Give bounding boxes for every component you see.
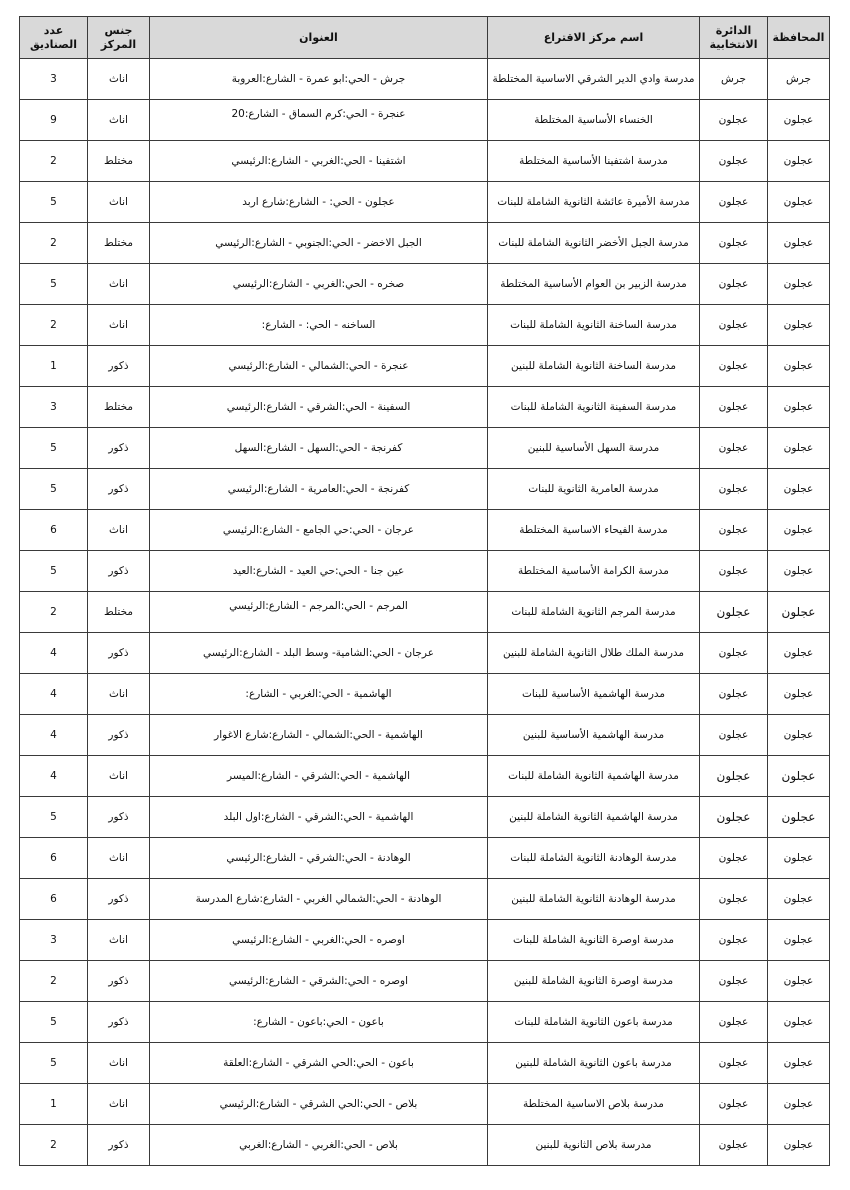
box-count-cell-text: 9 xyxy=(50,114,57,126)
center-name-cell: مدرسة الجبل الأخضر الثانوية الشاملة للبن… xyxy=(488,223,700,264)
district-cell-text: عجلون xyxy=(719,565,749,577)
district-cell: عجلون xyxy=(700,182,768,223)
governorate-cell-text: عجلون xyxy=(784,975,814,987)
district-cell: عجلون xyxy=(700,100,768,141)
governorate-cell-text: عجلون xyxy=(784,647,814,659)
table-row: عجلونعجلونمدرسة الساخنة الثانوية الشاملة… xyxy=(20,305,830,346)
address-cell: عين جنا - الحي:حي العيد - الشارع:العيد xyxy=(150,551,488,592)
box-count-cell: 4 xyxy=(20,633,88,674)
center-name-cell: مدرسة اوصرة الثانوية الشاملة للبنات xyxy=(488,920,700,961)
table-row: عجلونعجلونمدرسة باعون الثانوية الشاملة ل… xyxy=(20,1043,830,1084)
governorate-cell: عجلون xyxy=(768,264,830,305)
district-cell: عجلون xyxy=(700,305,768,346)
box-count-cell: 2 xyxy=(20,592,88,633)
center-gender-cell: اناث xyxy=(88,100,150,141)
center-name-cell-text: مدرسة الكرامة الأساسية المختلطة xyxy=(518,565,669,577)
district-cell: عجلون xyxy=(700,469,768,510)
address-cell: السفينة - الحي:الشرقي - الشارع:الرئيسي xyxy=(150,387,488,428)
address-cell-text: عنجرة - الحي:كرم السماق - الشارع:20 xyxy=(154,108,483,120)
table-row: عجلونعجلونمدرسة اشتفينا الأساسية المختلط… xyxy=(20,141,830,182)
address-cell: الهاشمية - الحي:الغربي - الشارع: xyxy=(150,674,488,715)
governorate-cell-text: عجلون xyxy=(784,1139,814,1151)
center-name-cell: مدرسة الأميرة عائشة الثانوية الشاملة للب… xyxy=(488,182,700,223)
governorate-cell: عجلون xyxy=(768,961,830,1002)
governorate-cell-text: عجلون xyxy=(784,278,814,290)
center-gender-cell: ذكور xyxy=(88,551,150,592)
center-gender-cell: اناث xyxy=(88,674,150,715)
box-count-cell-text: 5 xyxy=(50,442,57,454)
governorate-cell-text: عجلون xyxy=(784,1057,814,1069)
center-name-cell-text: مدرسة اشتفينا الأساسية المختلطة xyxy=(519,155,668,167)
box-count-cell-text: 2 xyxy=(50,606,57,618)
center-name-cell: مدرسة الوهادنة الثانوية الشاملة للبنين xyxy=(488,879,700,920)
box-count-cell: 2 xyxy=(20,1125,88,1166)
box-count-cell: 3 xyxy=(20,920,88,961)
address-cell: الهاشمية - الحي:الشمالي - الشارع:شارع ال… xyxy=(150,715,488,756)
governorate-cell: عجلون xyxy=(768,715,830,756)
center-name-cell-text: مدرسة الوهادنة الثانوية الشاملة للبنات xyxy=(510,852,676,864)
center-name-cell: مدرسة الهاشمية الثانوية الشاملة للبنات xyxy=(488,756,700,797)
box-count-cell-text: 5 xyxy=(50,565,57,577)
address-cell: كفرنجة - الحي:العامرية - الشارع:الرئيسي xyxy=(150,469,488,510)
table-row: عجلونعجلونمدرسة الملك طلال الثانوية الشا… xyxy=(20,633,830,674)
address-cell: كفرنجة - الحي:السهل - الشارع:السهل xyxy=(150,428,488,469)
address-cell: اوصره - الحي:الغربي - الشارع:الرئيسي xyxy=(150,920,488,961)
governorate-cell: عجلون xyxy=(768,346,830,387)
center-gender-cell: ذكور xyxy=(88,1002,150,1043)
center-gender-cell: اناث xyxy=(88,1084,150,1125)
address-cell-text: الهاشمية - الحي:الشرقي - الشارع:اول البل… xyxy=(224,811,414,823)
center-name-cell-text: مدرسة بلاص الاساسية المختلطة xyxy=(523,1098,664,1110)
center-name-cell-text: مدرسة الساخنة الثانوية الشاملة للبنات xyxy=(510,319,677,331)
box-count-cell-text: 5 xyxy=(50,1057,57,1069)
governorate-cell-text: عجلون xyxy=(784,852,814,864)
district-cell-text: عجلون xyxy=(719,934,749,946)
center-name-cell: مدرسة السفينة الثانوية الشاملة للبنات xyxy=(488,387,700,428)
center-gender-cell-text: اناث xyxy=(109,278,128,290)
district-cell-text: عجلون xyxy=(719,1098,749,1110)
district-cell-text: عجلون xyxy=(717,605,751,619)
address-cell-text: الهاشمية - الحي:الشمالي - الشارع:شارع ال… xyxy=(214,729,423,741)
governorate-cell-text: جرش xyxy=(786,73,811,85)
address-cell: عنجرة - الحي:كرم السماق - الشارع:20 xyxy=(150,100,488,141)
center-name-cell: مدرسة العامرية الثانوية للبنات xyxy=(488,469,700,510)
box-count-cell-text: 1 xyxy=(50,1098,57,1110)
center-gender-cell: اناث xyxy=(88,182,150,223)
district-cell: عجلون xyxy=(700,674,768,715)
center-name-cell-text: مدرسة العامرية الثانوية للبنات xyxy=(528,483,658,495)
center-name-cell-text: مدرسة الزبير بن العوام الأساسية المختلطة xyxy=(500,278,686,290)
table-row: عجلونعجلونمدرسة الهاشمية الثانوية الشامل… xyxy=(20,756,830,797)
table-row: عجلونعجلونمدرسة الهاشمية الأساسية للبنات… xyxy=(20,674,830,715)
address-cell: بلاص - الحي:الحي الشرقي - الشارع:الرئيسي xyxy=(150,1084,488,1125)
center-name-cell: مدرسة الهاشمية الأساسية للبنات xyxy=(488,674,700,715)
center-name-cell-text: مدرسة الهاشمية الثانوية الشاملة للبنين xyxy=(509,811,678,823)
governorate-cell-text: عجلون xyxy=(784,442,814,454)
governorate-cell: عجلون xyxy=(768,551,830,592)
table-row: عجلونعجلونمدرسة الوهادنة الثانوية الشامل… xyxy=(20,838,830,879)
center-name-cell-text: مدرسة باعون الثانوية الشاملة للبنين xyxy=(515,1057,671,1069)
box-count-cell: 5 xyxy=(20,551,88,592)
district-cell-text: عجلون xyxy=(719,1057,749,1069)
address-cell: عنجرة - الحي:الشمالي - الشارع:الرئيسي xyxy=(150,346,488,387)
table-row: عجلونعجلونمدرسة الهاشمية الأساسية للبنين… xyxy=(20,715,830,756)
address-cell: الهاشمية - الحي:الشرقي - الشارع:اول البل… xyxy=(150,797,488,838)
district-cell: عجلون xyxy=(700,223,768,264)
governorate-cell-text: عجلون xyxy=(784,237,814,249)
center-name-cell: مدرسة الفيحاء الاساسية المختلطة xyxy=(488,510,700,551)
address-cell-text: اوصره - الحي:الشرقي - الشارع:الرئيسي xyxy=(229,975,408,987)
center-gender-cell: اناث xyxy=(88,510,150,551)
center-gender-cell: اناث xyxy=(88,838,150,879)
polling-centers-table: المحافظة الدائرة الانتخابية اسم مركز الا… xyxy=(19,16,830,1166)
center-gender-cell: ذكور xyxy=(88,879,150,920)
center-name-cell-text: مدرسة الساخنة الثانوية الشاملة للبنين xyxy=(511,360,676,372)
document-page: المحافظة الدائرة الانتخابية اسم مركز الا… xyxy=(20,16,830,1166)
governorate-cell: عجلون xyxy=(768,141,830,182)
box-count-cell-text: 4 xyxy=(50,770,57,782)
address-cell: جرش - الحي:ابو عمرة - الشارع:العروبة xyxy=(150,59,488,100)
box-count-cell: 2 xyxy=(20,223,88,264)
governorate-cell: عجلون xyxy=(768,592,830,633)
governorate-cell-text: عجلون xyxy=(784,483,814,495)
center-gender-cell: مختلط xyxy=(88,141,150,182)
district-cell-text: عجلون xyxy=(719,442,749,454)
center-gender-cell-text: ذكور xyxy=(108,729,128,741)
district-cell-text: عجلون xyxy=(719,319,749,331)
box-count-cell-text: 3 xyxy=(50,934,57,946)
address-cell-text: الهاشمية - الحي:الشرقي - الشارع:الميسر xyxy=(227,770,410,782)
governorate-cell: عجلون xyxy=(768,428,830,469)
district-cell-text: عجلون xyxy=(717,769,751,783)
table-row: عجلونعجلونمدرسة الساخنة الثانوية الشاملة… xyxy=(20,346,830,387)
box-count-cell: 4 xyxy=(20,674,88,715)
governorate-cell-text: عجلون xyxy=(784,360,814,372)
address-cell: صخره - الحي:الغربي - الشارع:الرئيسي xyxy=(150,264,488,305)
center-gender-cell: اناث xyxy=(88,59,150,100)
center-gender-cell-text: اناث xyxy=(109,1057,128,1069)
governorate-cell-text: عجلون xyxy=(782,769,816,783)
center-name-cell-text: مدرسة الملك طلال الثانوية الشاملة للبنين xyxy=(503,647,684,659)
center-name-cell-text: مدرسة اوصرة الثانوية الشاملة للبنين xyxy=(514,975,673,987)
table-row: عجلونعجلونالخنساء الأساسية المختلطةعنجرة… xyxy=(20,100,830,141)
box-count-cell-text: 2 xyxy=(50,155,57,167)
district-cell: عجلون xyxy=(700,961,768,1002)
district-cell-text: عجلون xyxy=(719,237,749,249)
center-name-cell-text: مدرسة الفيحاء الاساسية المختلطة xyxy=(519,524,668,536)
table-row: عجلونعجلونمدرسة بلاص الثانوية للبنينبلاص… xyxy=(20,1125,830,1166)
district-cell-text: عجلون xyxy=(719,196,749,208)
governorate-cell: عجلون xyxy=(768,182,830,223)
address-cell-text: اوصره - الحي:الغربي - الشارع:الرئيسي xyxy=(232,934,405,946)
center-name-cell: مدرسة المرجم الثانوية الشاملة للبنات xyxy=(488,592,700,633)
box-count-cell-text: 3 xyxy=(50,401,57,413)
center-name-cell-text: مدرسة بلاص الثانوية للبنين xyxy=(535,1139,651,1151)
center-name-cell: مدرسة السهل الأساسية للبنين xyxy=(488,428,700,469)
district-cell-text: عجلون xyxy=(719,360,749,372)
address-cell: الجبل الاخضر - الحي:الجنوبي - الشارع:الر… xyxy=(150,223,488,264)
center-gender-cell-text: اناث xyxy=(109,524,128,536)
center-gender-cell: ذكور xyxy=(88,428,150,469)
center-name-cell: مدرسة الهاشمية الثانوية الشاملة للبنين xyxy=(488,797,700,838)
center-gender-cell-text: اناث xyxy=(109,770,128,782)
center-name-cell: مدرسة باعون الثانوية الشاملة للبنين xyxy=(488,1043,700,1084)
governorate-cell-text: عجلون xyxy=(782,605,816,619)
center-gender-cell-text: ذكور xyxy=(108,893,128,905)
district-cell: عجلون xyxy=(700,633,768,674)
center-name-cell-text: مدرسة باعون الثانوية الشاملة للبنات xyxy=(514,1016,672,1028)
governorate-cell-text: عجلون xyxy=(784,524,814,536)
center-gender-cell-text: اناث xyxy=(109,1098,128,1110)
address-cell-text: جرش - الحي:ابو عمرة - الشارع:العروبة xyxy=(232,73,406,85)
center-gender-cell: اناث xyxy=(88,264,150,305)
governorate-cell-text: عجلون xyxy=(784,401,814,413)
box-count-cell-text: 5 xyxy=(50,811,57,823)
district-cell: عجلون xyxy=(700,1002,768,1043)
table-body: جرشجرشمدرسة وادي الدير الشرقي الاساسية ا… xyxy=(20,59,830,1166)
center-gender-cell: ذكور xyxy=(88,346,150,387)
box-count-cell-text: 2 xyxy=(50,319,57,331)
center-gender-cell-text: اناث xyxy=(109,852,128,864)
governorate-cell: عجلون xyxy=(768,469,830,510)
center-name-cell-text: مدرسة الوهادنة الثانوية الشاملة للبنين xyxy=(511,893,675,905)
governorate-cell-text: عجلون xyxy=(784,1098,814,1110)
center-name-cell-text: مدرسة اوصرة الثانوية الشاملة للبنات xyxy=(513,934,674,946)
table-row: عجلونعجلونمدرسة الزبير بن العوام الأساسي… xyxy=(20,264,830,305)
center-gender-cell: ذكور xyxy=(88,961,150,1002)
address-cell-text: كفرنجة - الحي:العامرية - الشارع:الرئيسي xyxy=(228,483,410,495)
center-gender-cell-text: ذكور xyxy=(108,483,128,495)
address-cell: باعون - الحي:باعون - الشارع: xyxy=(150,1002,488,1043)
district-cell-text: عجلون xyxy=(719,1016,749,1028)
address-cell-text: بلاص - الحي:الغربي - الشارع:الغربي xyxy=(239,1139,398,1151)
center-name-cell: مدرسة الساخنة الثانوية الشاملة للبنين xyxy=(488,346,700,387)
table-row: عجلونعجلونمدرسة الجبل الأخضر الثانوية ال… xyxy=(20,223,830,264)
governorate-cell: عجلون xyxy=(768,305,830,346)
governorate-cell: عجلون xyxy=(768,756,830,797)
governorate-cell-text: عجلون xyxy=(784,319,814,331)
address-cell: عرجان - الحي:حي الجامع - الشارع:الرئيسي xyxy=(150,510,488,551)
center-name-cell-text: مدرسة الجبل الأخضر الثانوية الشاملة للبن… xyxy=(498,237,689,249)
center-gender-cell: ذكور xyxy=(88,715,150,756)
district-cell: عجلون xyxy=(700,756,768,797)
table-row: عجلونعجلونمدرسة اوصرة الثانوية الشاملة ل… xyxy=(20,961,830,1002)
table-row: جرشجرشمدرسة وادي الدير الشرقي الاساسية ا… xyxy=(20,59,830,100)
address-cell: الساخنه - الحي: - الشارع: xyxy=(150,305,488,346)
governorate-cell: عجلون xyxy=(768,838,830,879)
box-count-cell-text: 2 xyxy=(50,975,57,987)
governorate-cell-text: عجلون xyxy=(782,810,816,824)
address-cell: باعون - الحي:الحي الشرقي - الشارع:العلقة xyxy=(150,1043,488,1084)
center-gender-cell-text: ذكور xyxy=(108,565,128,577)
address-cell-text: الوهادنة - الحي:الشمالي الغربي - الشارع:… xyxy=(196,893,442,905)
box-count-cell-text: 2 xyxy=(50,237,57,249)
box-count-cell: 4 xyxy=(20,715,88,756)
box-count-cell-text: 4 xyxy=(50,647,57,659)
center-name-cell: مدرسة بلاص الاساسية المختلطة xyxy=(488,1084,700,1125)
district-cell-text: جرش xyxy=(721,73,746,85)
table-header-row: المحافظة الدائرة الانتخابية اسم مركز الا… xyxy=(20,17,830,59)
center-gender-cell-text: ذكور xyxy=(108,442,128,454)
governorate-cell-text: عجلون xyxy=(784,565,814,577)
box-count-cell: 1 xyxy=(20,346,88,387)
address-cell: المرجم - الحي:المرجم - الشارع:الرئيسي xyxy=(150,592,488,633)
governorate-cell: عجلون xyxy=(768,633,830,674)
center-gender-cell-text: اناث xyxy=(109,196,128,208)
address-cell: الوهادنة - الحي:الشرقي - الشارع:الرئيسي xyxy=(150,838,488,879)
address-cell-text: الساخنه - الحي: - الشارع: xyxy=(262,319,376,331)
address-cell-text: السفينة - الحي:الشرقي - الشارع:الرئيسي xyxy=(227,401,411,413)
center-name-cell: مدرسة وادي الدير الشرقي الاساسية المختلط… xyxy=(488,59,700,100)
governorate-cell-text: عجلون xyxy=(784,729,814,741)
center-gender-cell: ذكور xyxy=(88,1125,150,1166)
district-cell: عجلون xyxy=(700,1125,768,1166)
center-gender-cell-text: مختلط xyxy=(104,155,133,167)
center-gender-cell: مختلط xyxy=(88,223,150,264)
box-count-cell: 5 xyxy=(20,469,88,510)
center-name-cell-text: مدرسة وادي الدير الشرقي الاساسية المختلط… xyxy=(493,73,695,85)
table-row: عجلونعجلونمدرسة العامرية الثانوية للبنات… xyxy=(20,469,830,510)
table-row: عجلونعجلونمدرسة المرجم الثانوية الشاملة … xyxy=(20,592,830,633)
address-cell-text: عرجان - الحي:حي الجامع - الشارع:الرئيسي xyxy=(223,524,414,536)
center-gender-cell: اناث xyxy=(88,305,150,346)
box-count-cell: 5 xyxy=(20,428,88,469)
district-cell-text: عجلون xyxy=(719,483,749,495)
center-gender-cell-text: ذكور xyxy=(108,811,128,823)
address-cell: عرجان - الحي:الشامية- وسط البلد - الشارع… xyxy=(150,633,488,674)
box-count-cell-text: 5 xyxy=(50,196,57,208)
district-cell: عجلون xyxy=(700,592,768,633)
governorate-cell-text: عجلون xyxy=(784,196,814,208)
district-cell-text: عجلون xyxy=(719,155,749,167)
district-cell: عجلون xyxy=(700,551,768,592)
center-name-cell-text: مدرسة الهاشمية الثانوية الشاملة للبنات xyxy=(508,770,679,782)
district-cell: عجلون xyxy=(700,1043,768,1084)
center-gender-cell-text: ذكور xyxy=(108,647,128,659)
governorate-cell: عجلون xyxy=(768,674,830,715)
header-district: الدائرة الانتخابية xyxy=(700,17,768,59)
table-row: عجلونعجلونمدرسة الفيحاء الاساسية المختلط… xyxy=(20,510,830,551)
center-name-cell: مدرسة الساخنة الثانوية الشاملة للبنات xyxy=(488,305,700,346)
address-cell-text: المرجم - الحي:المرجم - الشارع:الرئيسي xyxy=(154,600,483,612)
header-center-gender: جنس المركز xyxy=(88,17,150,59)
governorate-cell: عجلون xyxy=(768,1084,830,1125)
district-cell-text: عجلون xyxy=(719,975,749,987)
address-cell-text: عجلون - الحي: - الشارع:شارع اربد xyxy=(242,196,394,208)
center-gender-cell: مختلط xyxy=(88,592,150,633)
center-gender-cell: اناث xyxy=(88,1043,150,1084)
box-count-cell-text: 6 xyxy=(50,852,57,864)
box-count-cell: 6 xyxy=(20,510,88,551)
district-cell: جرش xyxy=(700,59,768,100)
district-cell-text: عجلون xyxy=(719,647,749,659)
center-gender-cell-text: اناث xyxy=(109,319,128,331)
address-cell-text: باعون - الحي:باعون - الشارع: xyxy=(253,1016,384,1028)
address-cell: الوهادنة - الحي:الشمالي الغربي - الشارع:… xyxy=(150,879,488,920)
district-cell: عجلون xyxy=(700,879,768,920)
center-gender-cell-text: اناث xyxy=(109,114,128,126)
address-cell-text: عين جنا - الحي:حي العيد - الشارع:العيد xyxy=(233,565,405,577)
box-count-cell-text: 5 xyxy=(50,483,57,495)
address-cell-text: عنجرة - الحي:الشمالي - الشارع:الرئيسي xyxy=(229,360,409,372)
box-count-cell: 3 xyxy=(20,59,88,100)
district-cell: عجلون xyxy=(700,797,768,838)
governorate-cell-text: عجلون xyxy=(784,893,814,905)
district-cell-text: عجلون xyxy=(719,401,749,413)
address-cell-text: كفرنجة - الحي:السهل - الشارع:السهل xyxy=(235,442,403,454)
governorate-cell-text: عجلون xyxy=(784,155,814,167)
center-name-cell-text: مدرسة السفينة الثانوية الشاملة للبنات xyxy=(511,401,677,413)
center-gender-cell-text: مختلط xyxy=(104,237,133,249)
center-gender-cell-text: ذكور xyxy=(108,1016,128,1028)
address-cell: الهاشمية - الحي:الشرقي - الشارع:الميسر xyxy=(150,756,488,797)
center-gender-cell-text: اناث xyxy=(109,688,128,700)
governorate-cell: عجلون xyxy=(768,1125,830,1166)
governorate-cell: عجلون xyxy=(768,223,830,264)
center-gender-cell: اناث xyxy=(88,920,150,961)
box-count-cell: 9 xyxy=(20,100,88,141)
address-cell-text: اشتفينا - الحي:الغربي - الشارع:الرئيسي xyxy=(231,155,405,167)
address-cell-text: صخره - الحي:الغربي - الشارع:الرئيسي xyxy=(233,278,404,290)
center-name-cell-text: مدرسة الهاشمية الأساسية للبنين xyxy=(523,729,664,741)
address-cell: بلاص - الحي:الغربي - الشارع:الغربي xyxy=(150,1125,488,1166)
district-cell-text: عجلون xyxy=(719,729,749,741)
center-gender-cell: مختلط xyxy=(88,387,150,428)
box-count-cell: 5 xyxy=(20,182,88,223)
box-count-cell-text: 2 xyxy=(50,1139,57,1151)
box-count-cell: 6 xyxy=(20,838,88,879)
district-cell-text: عجلون xyxy=(719,688,749,700)
box-count-cell-text: 6 xyxy=(50,893,57,905)
box-count-cell: 2 xyxy=(20,961,88,1002)
district-cell: عجلون xyxy=(700,141,768,182)
table-row: عجلونعجلونمدرسة السفينة الثانوية الشاملة… xyxy=(20,387,830,428)
center-name-cell-text: مدرسة المرجم الثانوية الشاملة للبنات xyxy=(511,606,675,618)
district-cell-text: عجلون xyxy=(717,810,751,824)
table-row: عجلونعجلونمدرسة الوهادنة الثانوية الشامل… xyxy=(20,879,830,920)
center-name-cell: مدرسة الوهادنة الثانوية الشاملة للبنات xyxy=(488,838,700,879)
center-gender-cell-text: اناث xyxy=(109,934,128,946)
address-cell: عجلون - الحي: - الشارع:شارع اربد xyxy=(150,182,488,223)
table-row: عجلونعجلونمدرسة السهل الأساسية للبنينكفر… xyxy=(20,428,830,469)
governorate-cell-text: عجلون xyxy=(784,688,814,700)
center-gender-cell-text: ذكور xyxy=(108,975,128,987)
header-center-name: اسم مركز الاقتراع xyxy=(488,17,700,59)
center-gender-cell-text: اناث xyxy=(109,73,128,85)
box-count-cell: 6 xyxy=(20,879,88,920)
district-cell: عجلون xyxy=(700,346,768,387)
center-gender-cell-text: ذكور xyxy=(108,1139,128,1151)
district-cell: عجلون xyxy=(700,920,768,961)
address-cell: اشتفينا - الحي:الغربي - الشارع:الرئيسي xyxy=(150,141,488,182)
center-gender-cell: ذكور xyxy=(88,469,150,510)
center-name-cell-text: مدرسة السهل الأساسية للبنين xyxy=(528,442,660,454)
box-count-cell: 5 xyxy=(20,1043,88,1084)
box-count-cell: 2 xyxy=(20,141,88,182)
table-row: عجلونعجلونمدرسة الأميرة عائشة الثانوية ا… xyxy=(20,182,830,223)
box-count-cell-text: 5 xyxy=(50,278,57,290)
table-row: عجلونعجلونمدرسة الهاشمية الثانوية الشامل… xyxy=(20,797,830,838)
address-cell-text: الجبل الاخضر - الحي:الجنوبي - الشارع:الر… xyxy=(215,237,422,249)
box-count-cell: 5 xyxy=(20,264,88,305)
district-cell-text: عجلون xyxy=(719,278,749,290)
box-count-cell: 3 xyxy=(20,387,88,428)
box-count-cell-text: 6 xyxy=(50,524,57,536)
address-cell-text: عرجان - الحي:الشامية- وسط البلد - الشارع… xyxy=(203,647,434,659)
table-row: عجلونعجلونمدرسة بلاص الاساسية المختلطةبل… xyxy=(20,1084,830,1125)
governorate-cell: عجلون xyxy=(768,510,830,551)
district-cell: عجلون xyxy=(700,428,768,469)
